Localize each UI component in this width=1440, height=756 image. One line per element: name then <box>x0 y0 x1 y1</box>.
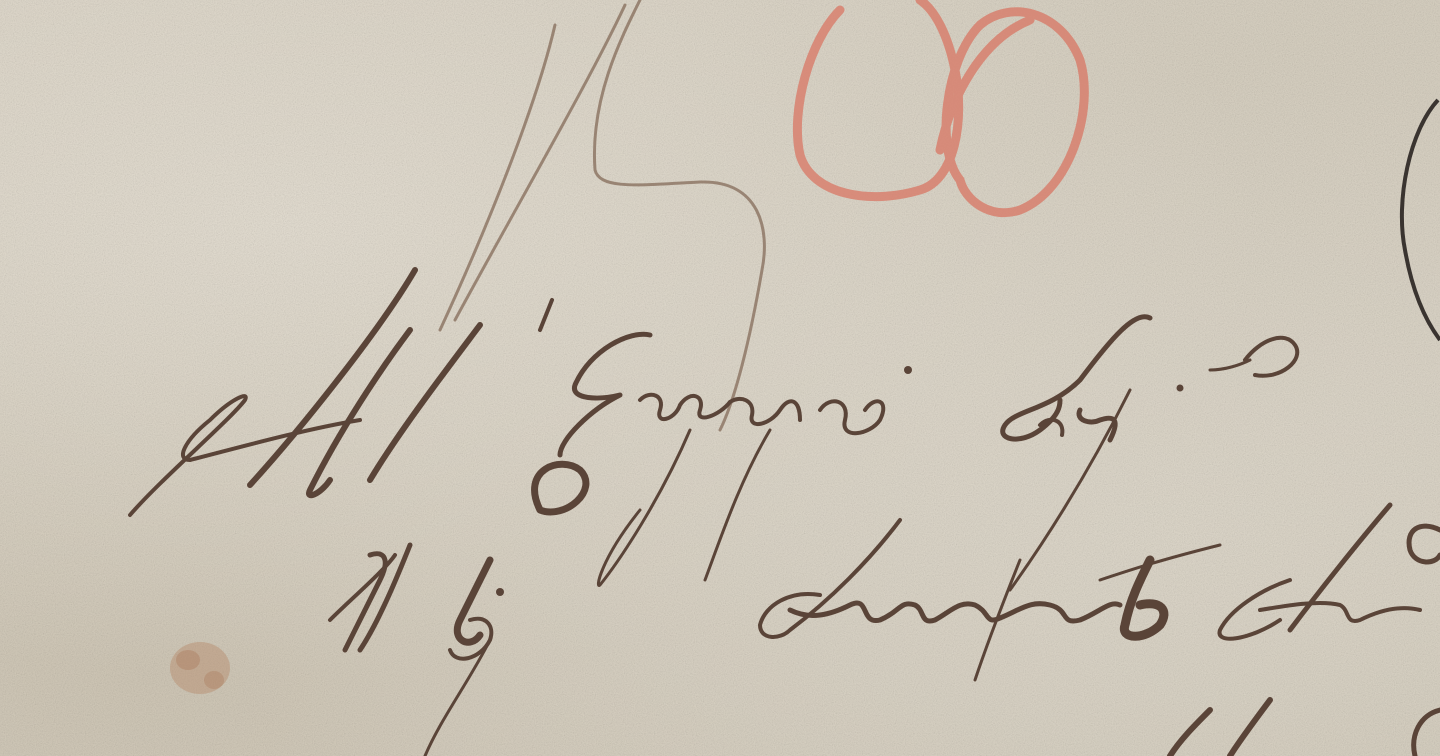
handwriting-layer <box>0 0 1440 756</box>
red-crayon-mark <box>797 0 1084 213</box>
faint-flourish <box>440 0 764 430</box>
right-edge-ink-curve <box>1402 100 1440 340</box>
handwriting-line-1 <box>130 270 1297 590</box>
document-photo: All' Egregio Sig.re Il Sig.r Avvocato An… <box>0 0 1440 756</box>
foxing-stain <box>170 642 230 694</box>
handwriting-line-2 <box>330 505 1440 756</box>
handwriting-line-3 <box>1170 700 1440 756</box>
